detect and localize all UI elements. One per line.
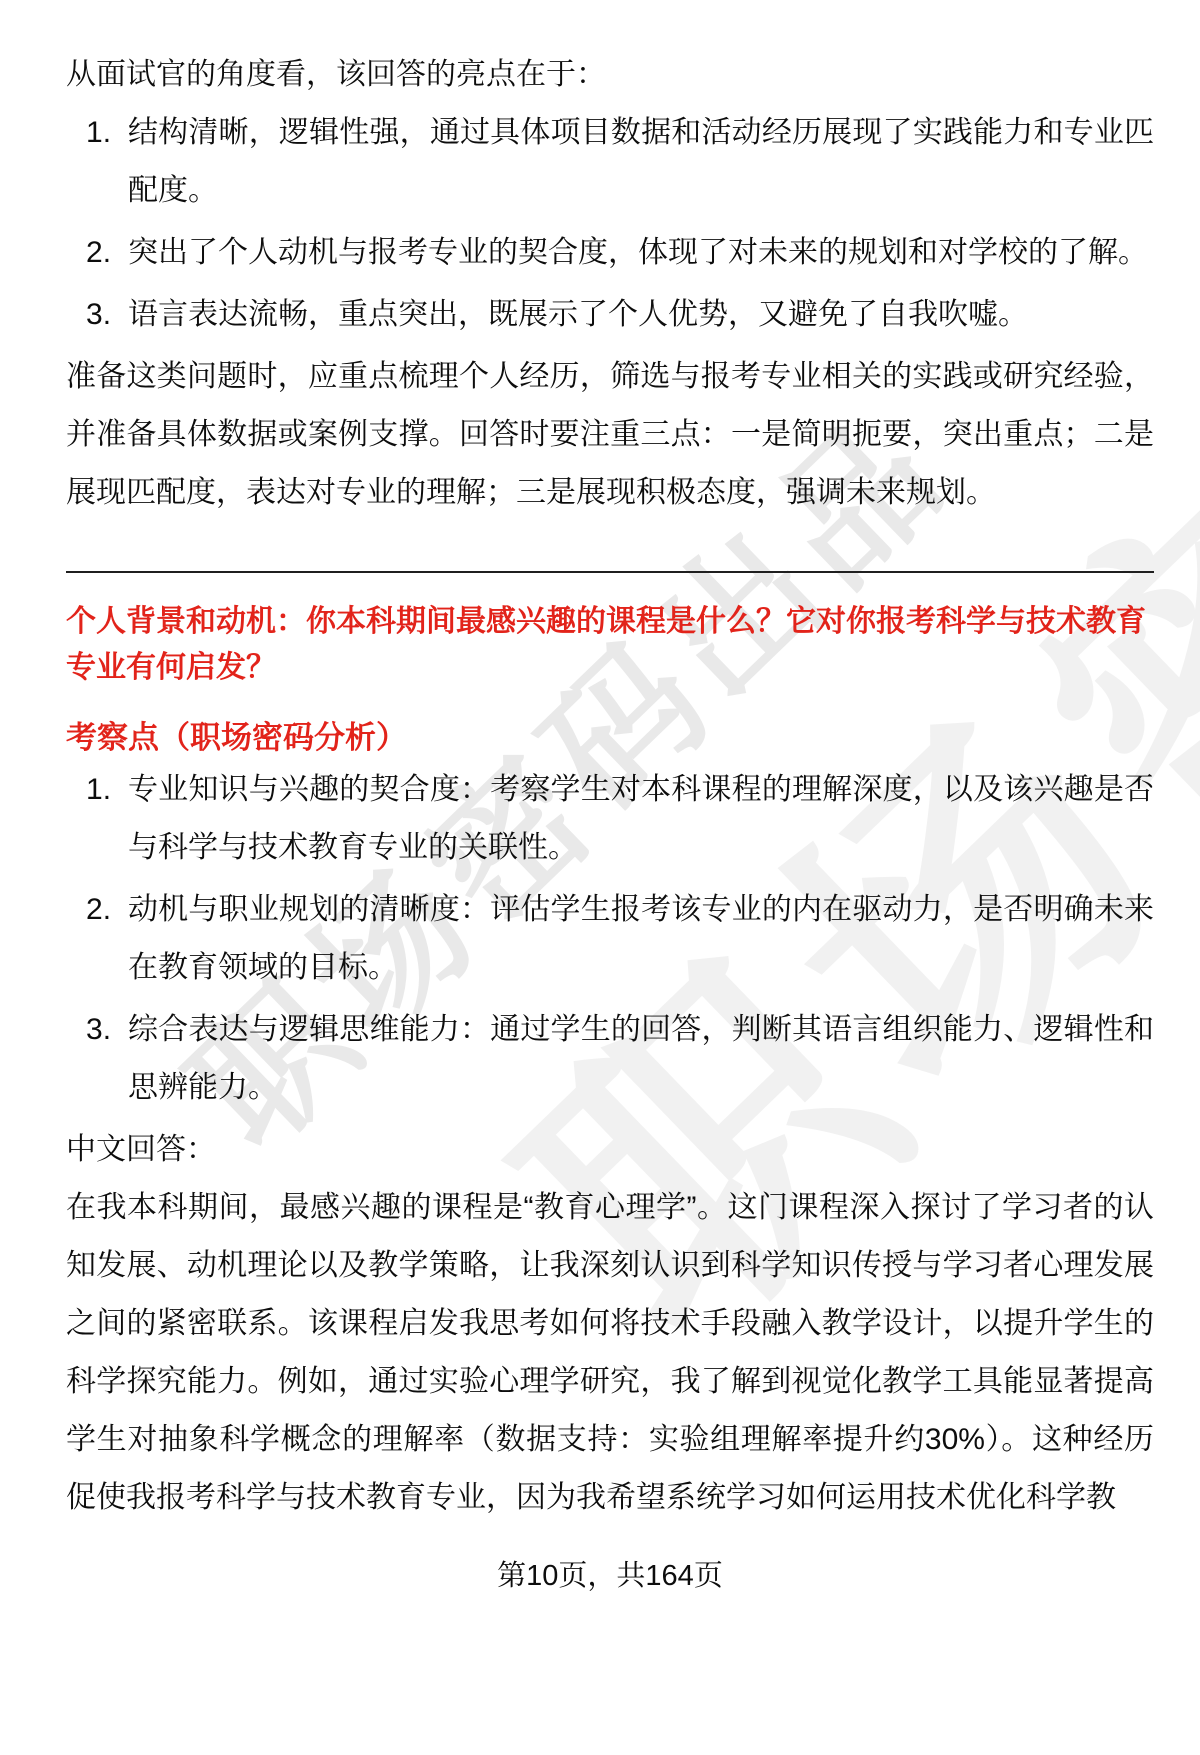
list-item: 综合表达与逻辑思维能力：通过学生的回答，判断其语言组织能力、逻辑性和思辨能力。 bbox=[66, 1001, 1154, 1117]
page-content: 从面试官的角度看，该回答的亮点在于： 结构清晰，逻辑性强，通过具体项目数据和活动… bbox=[0, 0, 1200, 1597]
answer-label: 中文回答： bbox=[66, 1121, 1154, 1179]
list-item: 专业知识与兴趣的契合度：考察学生对本科课程的理解深度，以及该兴趣是否与科学与技术… bbox=[66, 761, 1154, 877]
analysis-list: 专业知识与兴趣的契合度：考察学生对本科课程的理解深度，以及该兴趣是否与科学与技术… bbox=[66, 761, 1154, 1117]
list-item: 语言表达流畅，重点突出，既展示了个人优势，又避免了自我吹嘘。 bbox=[66, 286, 1154, 344]
list-item: 结构清晰，逻辑性强，通过具体项目数据和活动经历展现了实践能力和专业匹配度。 bbox=[66, 104, 1154, 220]
answer-paragraph: 在我本科期间，最感兴趣的课程是“教育心理学”。这门课程深入探讨了学习者的认知发展… bbox=[66, 1179, 1154, 1527]
page-footer: 第10页，共164页 bbox=[66, 1555, 1154, 1597]
list-item: 突出了个人动机与报考专业的契合度，体现了对未来的规划和对学校的了解。 bbox=[66, 224, 1154, 282]
highlights-list: 结构清晰，逻辑性强，通过具体项目数据和活动经历展现了实践能力和专业匹配度。突出了… bbox=[66, 104, 1154, 344]
section-divider bbox=[66, 571, 1154, 573]
question-heading: 个人背景和动机：你本科期间最感兴趣的课程是什么？它对你报考科学与技术教育专业有何… bbox=[66, 599, 1154, 691]
advice-paragraph: 准备这类问题时，应重点梳理个人经历，筛选与报考专业相关的实践或研究经验，并准备具… bbox=[66, 348, 1154, 522]
analysis-heading: 考察点（职场密码分析） bbox=[66, 715, 1154, 761]
intro-paragraph: 从面试官的角度看，该回答的亮点在于： bbox=[66, 46, 1154, 104]
list-item: 动机与职业规划的清晰度：评估学生报考该专业的内在驱动力，是否明确未来在教育领域的… bbox=[66, 881, 1154, 997]
document-page: 职场密码出品 职场密码出品 从面试官的角度看，该回答的亮点在于： 结构清晰，逻辑… bbox=[0, 0, 1200, 1755]
